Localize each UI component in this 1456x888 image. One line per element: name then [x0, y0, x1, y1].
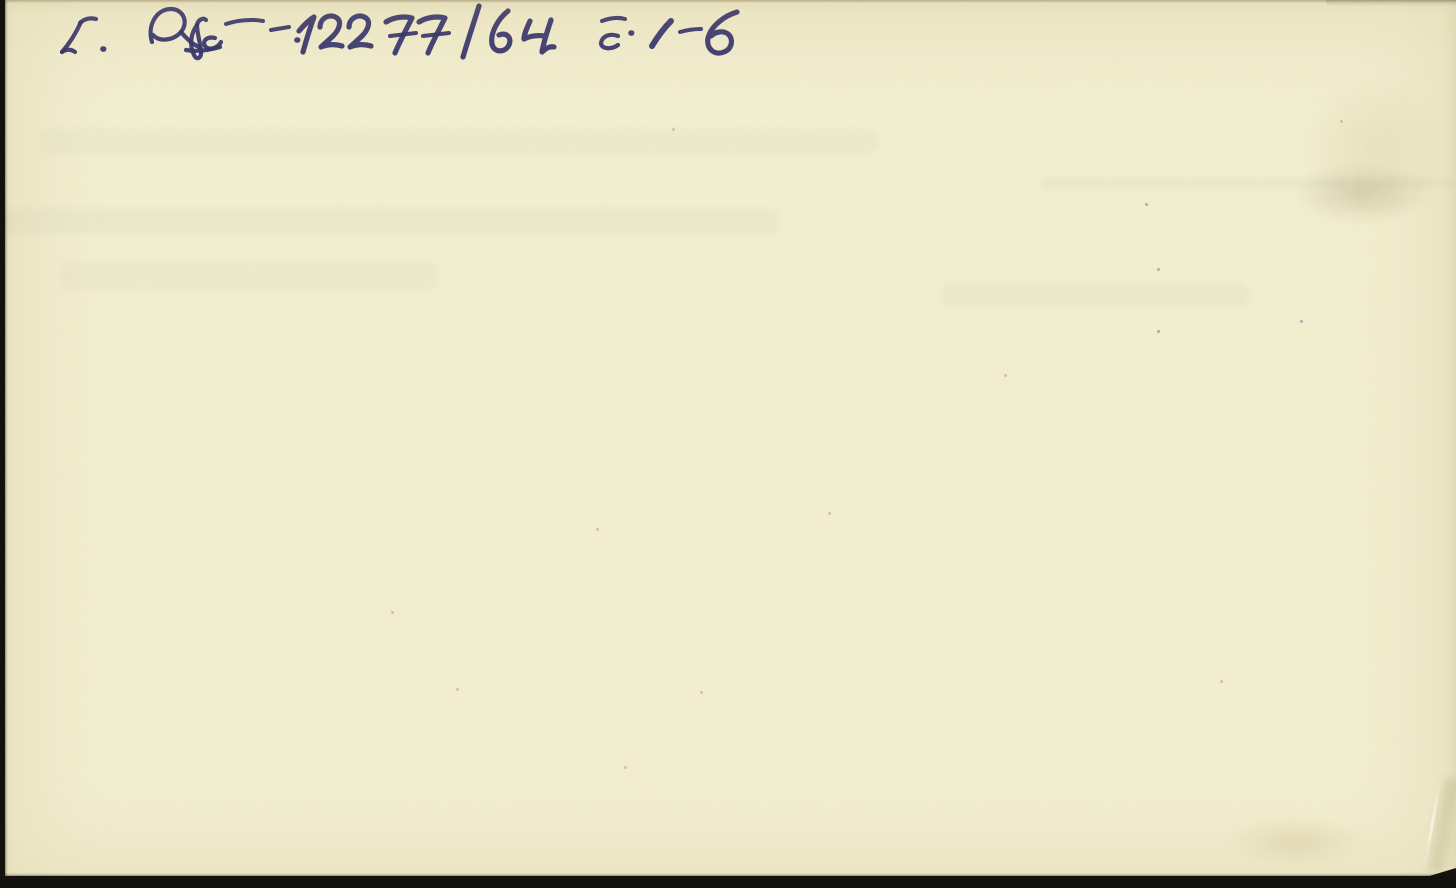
scan-edge-top [0, 0, 1456, 3]
ink-speck [1157, 330, 1160, 333]
ink-speck [828, 512, 831, 515]
ink-speck [456, 688, 459, 691]
paper-stain [1292, 162, 1432, 224]
ink-speck [1004, 374, 1007, 377]
ink-speck [700, 691, 703, 694]
scanned-card: 5. Rfč - 12277/64 č. 1-6 [0, 0, 1456, 888]
ink-speck [624, 766, 627, 769]
ink-speck [596, 528, 599, 531]
ink-speck [1300, 320, 1303, 323]
handwriting-strokes [62, 6, 737, 58]
scan-edge-left [0, 0, 5, 888]
paper-grain-texture [0, 0, 1456, 888]
ink-speck [672, 128, 675, 131]
scan-edge-bottom [0, 876, 1456, 888]
paper-stain [1228, 818, 1363, 866]
paper-stain [940, 283, 1250, 307]
scan-edge-corner [1426, 868, 1456, 877]
ink-speck [1340, 120, 1343, 123]
paper-stain [1300, 78, 1450, 218]
ink-speck [1145, 203, 1148, 206]
paper-stain [40, 128, 880, 154]
paper-stain [60, 262, 440, 290]
paper-stain [0, 208, 780, 234]
ink-speck [1157, 268, 1160, 271]
ink-speck [391, 611, 394, 614]
paper-vignette [0, 0, 1456, 888]
scan-edge-top-right [1326, 0, 1456, 6]
ink-speck [1220, 680, 1223, 683]
paper-stain [1040, 178, 1456, 188]
handwritten-inscription [0, 0, 760, 70]
